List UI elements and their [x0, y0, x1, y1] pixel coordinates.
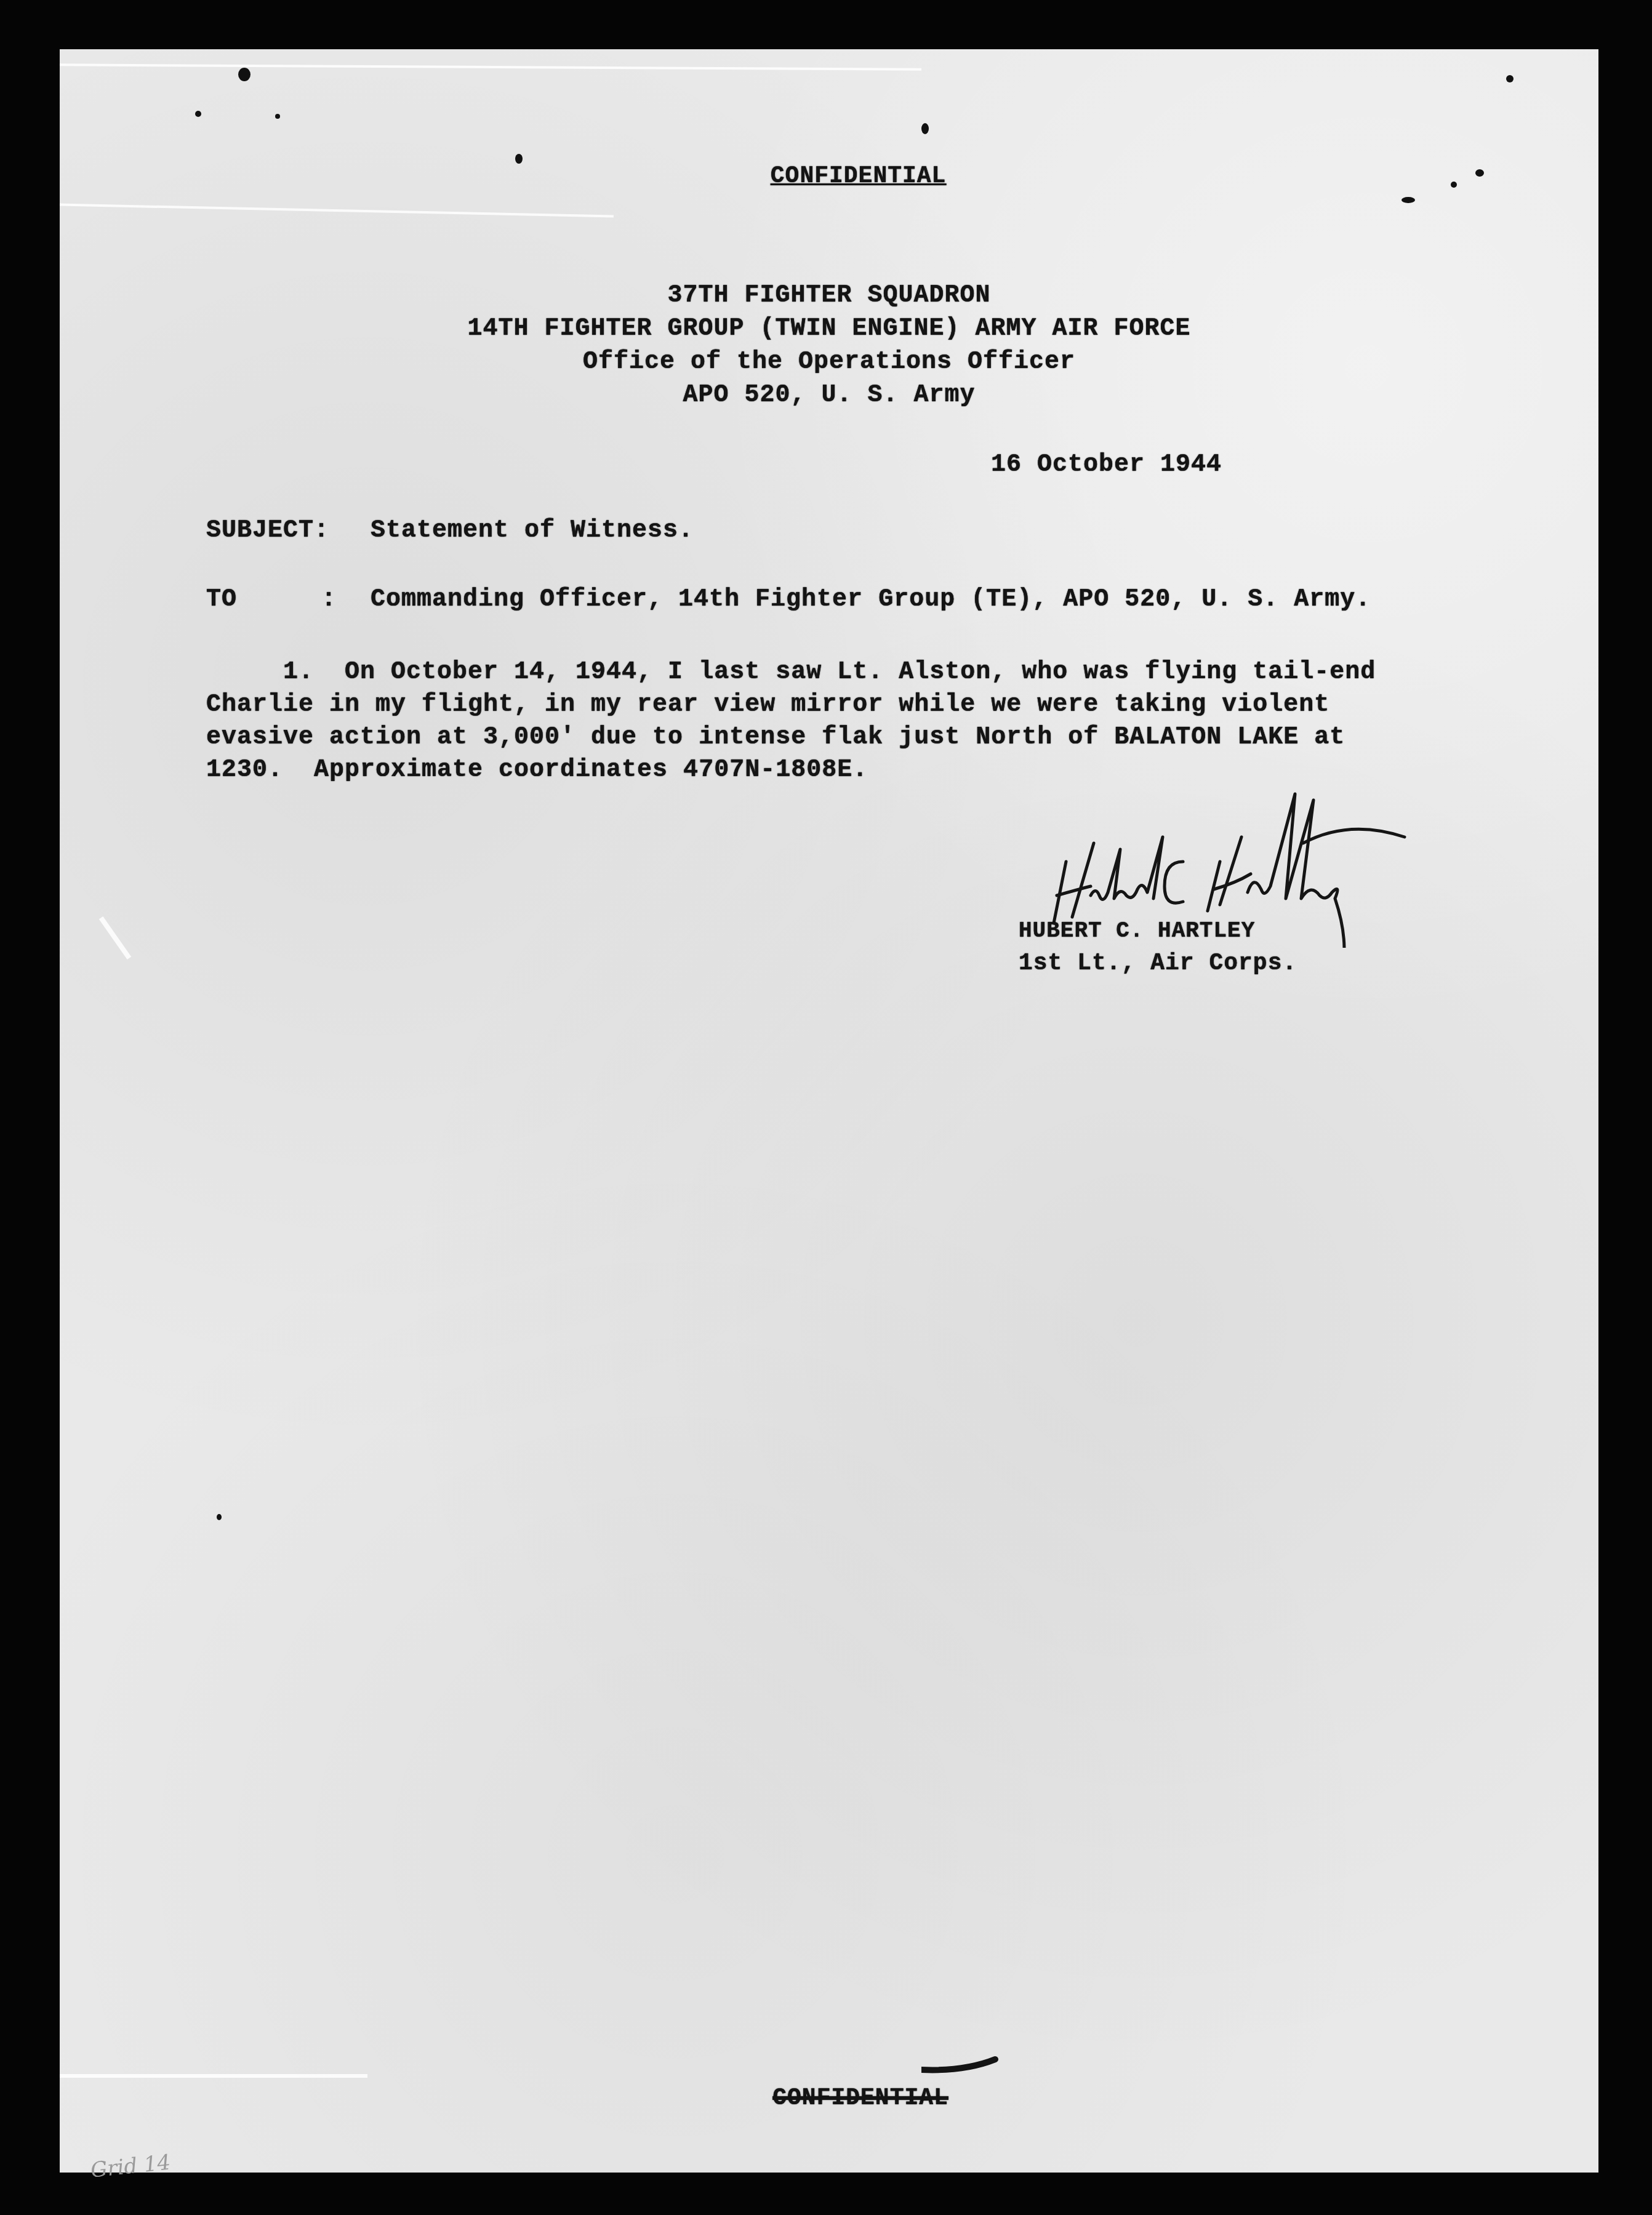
document-page: CONFIDENTIAL 37TH FIGHTER SQUADRON 14TH …: [60, 49, 1598, 2173]
classification-bottom-text: CONFIDENTIAL: [772, 2085, 948, 2112]
scan-scratch: [60, 63, 921, 70]
body-line-2: Charlie in my flight, in my rear view mi…: [206, 691, 1329, 719]
scan-speck: [195, 111, 201, 117]
signer-name: HUBERT C. HARTLEY: [1019, 918, 1255, 943]
scan-speck: [217, 1514, 222, 1520]
scan-scratch: [99, 916, 131, 959]
pencil-margin-note: Grid 14: [89, 2150, 172, 2182]
classification-top: CONFIDENTIAL: [60, 137, 1598, 216]
letterhead-group: 14TH FIGHTER GROUP (TWIN ENGINE) ARMY AI…: [60, 315, 1598, 343]
scan-speck: [238, 68, 251, 81]
to-colon: :: [321, 586, 337, 614]
body-line-3: evasive action at 3,000' due to intense …: [206, 724, 1345, 751]
subject-label: SUBJECT:: [206, 517, 329, 545]
subject-value: Statement of Witness.: [371, 517, 694, 545]
body-line-4: 1230. Approximate coordinates 4707N-1808…: [206, 756, 868, 784]
letterhead-squadron: 37TH FIGHTER SQUADRON: [60, 282, 1598, 310]
scan-speck: [921, 123, 929, 134]
to-value: Commanding Officer, 14th Fighter Group (…: [371, 586, 1371, 614]
letterhead-office: Office of the Operations Officer: [60, 348, 1598, 376]
scan-scratch: [60, 2074, 367, 2078]
classification-top-text: CONFIDENTIAL: [771, 163, 947, 190]
document-date: 16 October 1944: [991, 451, 1222, 479]
classification-bottom: CONFIDENTIAL: [714, 2059, 948, 2138]
signer-title: 1st Lt., Air Corps.: [1019, 950, 1297, 977]
body-line-1: 1. On October 14, 1944, I last saw Lt. A…: [206, 659, 1376, 686]
letterhead-apo: APO 520, U. S. Army: [60, 382, 1598, 409]
scan-speck: [1506, 75, 1514, 82]
strike-tail-mark: [921, 2054, 1001, 2079]
to-label: TO: [206, 586, 237, 614]
scan-speck: [275, 114, 280, 119]
